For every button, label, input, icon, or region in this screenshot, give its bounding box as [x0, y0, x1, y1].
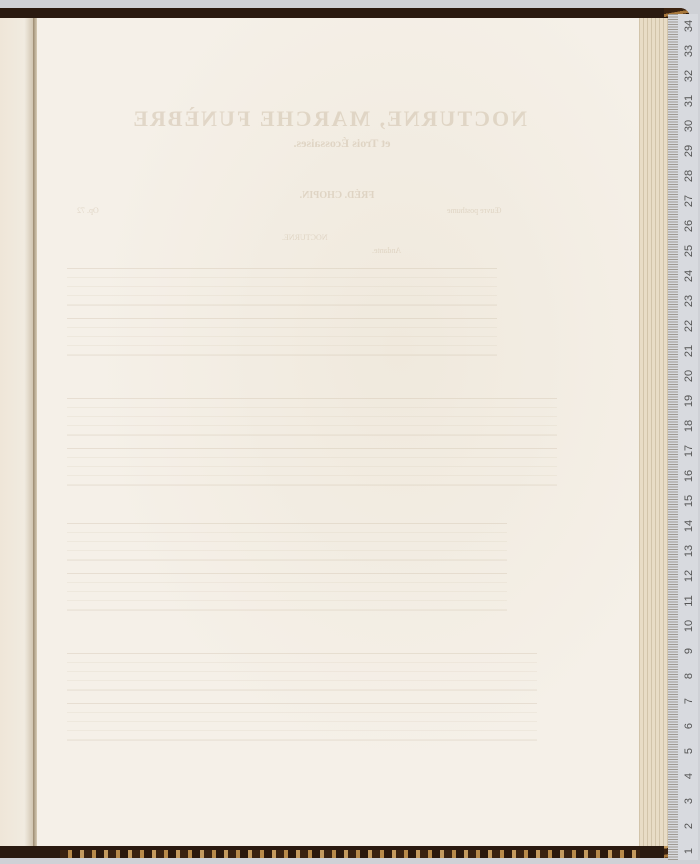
ruler-number: 25: [683, 242, 695, 260]
bleed-through-staff: [67, 703, 537, 741]
ruler-number: 15: [683, 492, 695, 510]
ruler-number: 7: [683, 692, 695, 710]
bleed-through-section: NOCTURNE.: [282, 233, 328, 242]
ruler-number: 28: [683, 167, 695, 185]
right-page: NOCTURNE, MARCHE FUNÈBRE et Trois Écossa…: [37, 18, 639, 846]
ruler-number: 33: [683, 42, 695, 60]
ruler-number: 17: [683, 442, 695, 460]
measuring-ruler: 34 33 32 31 30 29 28 27 26 25 24 23 22 2…: [668, 14, 698, 860]
ruler-number: 27: [683, 192, 695, 210]
bleed-through-staff: [67, 573, 507, 611]
bleed-through-staff: [67, 653, 537, 691]
ruler-number: 26: [683, 217, 695, 235]
ruler-number: 24: [683, 267, 695, 285]
ruler-number: 11: [683, 592, 695, 610]
ruler-number: 1: [683, 842, 695, 860]
ruler-number: 22: [683, 317, 695, 335]
ruler-number: 19: [683, 392, 695, 410]
bleed-through-tempo: Andante.: [372, 246, 401, 255]
ruler-number: 12: [683, 567, 695, 585]
ruler-number: 34: [683, 17, 695, 35]
ruler-number: 2: [683, 817, 695, 835]
ruler-number: 21: [683, 342, 695, 360]
bleed-through-composer: FRÉD. CHOPIN.: [277, 190, 397, 201]
ruler-number: 5: [683, 742, 695, 760]
bleed-through-staff: [67, 523, 507, 561]
ruler-ticks: [668, 14, 678, 860]
ruler-number: 8: [683, 667, 695, 685]
bleed-through-small-left: Op. 72: [77, 206, 99, 215]
marbled-board-bottom: [60, 850, 640, 858]
bleed-through-staff: [67, 268, 497, 306]
ruler-number: 16: [683, 467, 695, 485]
ruler-number: 9: [683, 642, 695, 660]
bleed-through-small-right: Œuvre posthume: [447, 206, 501, 215]
bleed-through-staff: [67, 448, 557, 486]
ruler-number: 31: [683, 92, 695, 110]
ruler-number: 14: [683, 517, 695, 535]
ruler-number: 18: [683, 417, 695, 435]
ruler-number: 10: [683, 617, 695, 635]
bleed-through-subtitle: et Trois Écossaises.: [227, 136, 457, 151]
ruler-number: 29: [683, 142, 695, 160]
ruler-number: 13: [683, 542, 695, 560]
bleed-through-staff: [67, 318, 497, 356]
page-edges: [636, 18, 668, 846]
ruler-number: 30: [683, 117, 695, 135]
bleed-through-staff: [67, 398, 557, 436]
left-page: [0, 18, 35, 846]
ruler-number: 6: [683, 717, 695, 735]
bleed-through-title: NOCTURNE, MARCHE FUNÈBRE: [147, 106, 527, 132]
ruler-number: 4: [683, 767, 695, 785]
ruler-number: 32: [683, 67, 695, 85]
ruler-number: 20: [683, 367, 695, 385]
ruler-number: 23: [683, 292, 695, 310]
ruler-number: 3: [683, 792, 695, 810]
